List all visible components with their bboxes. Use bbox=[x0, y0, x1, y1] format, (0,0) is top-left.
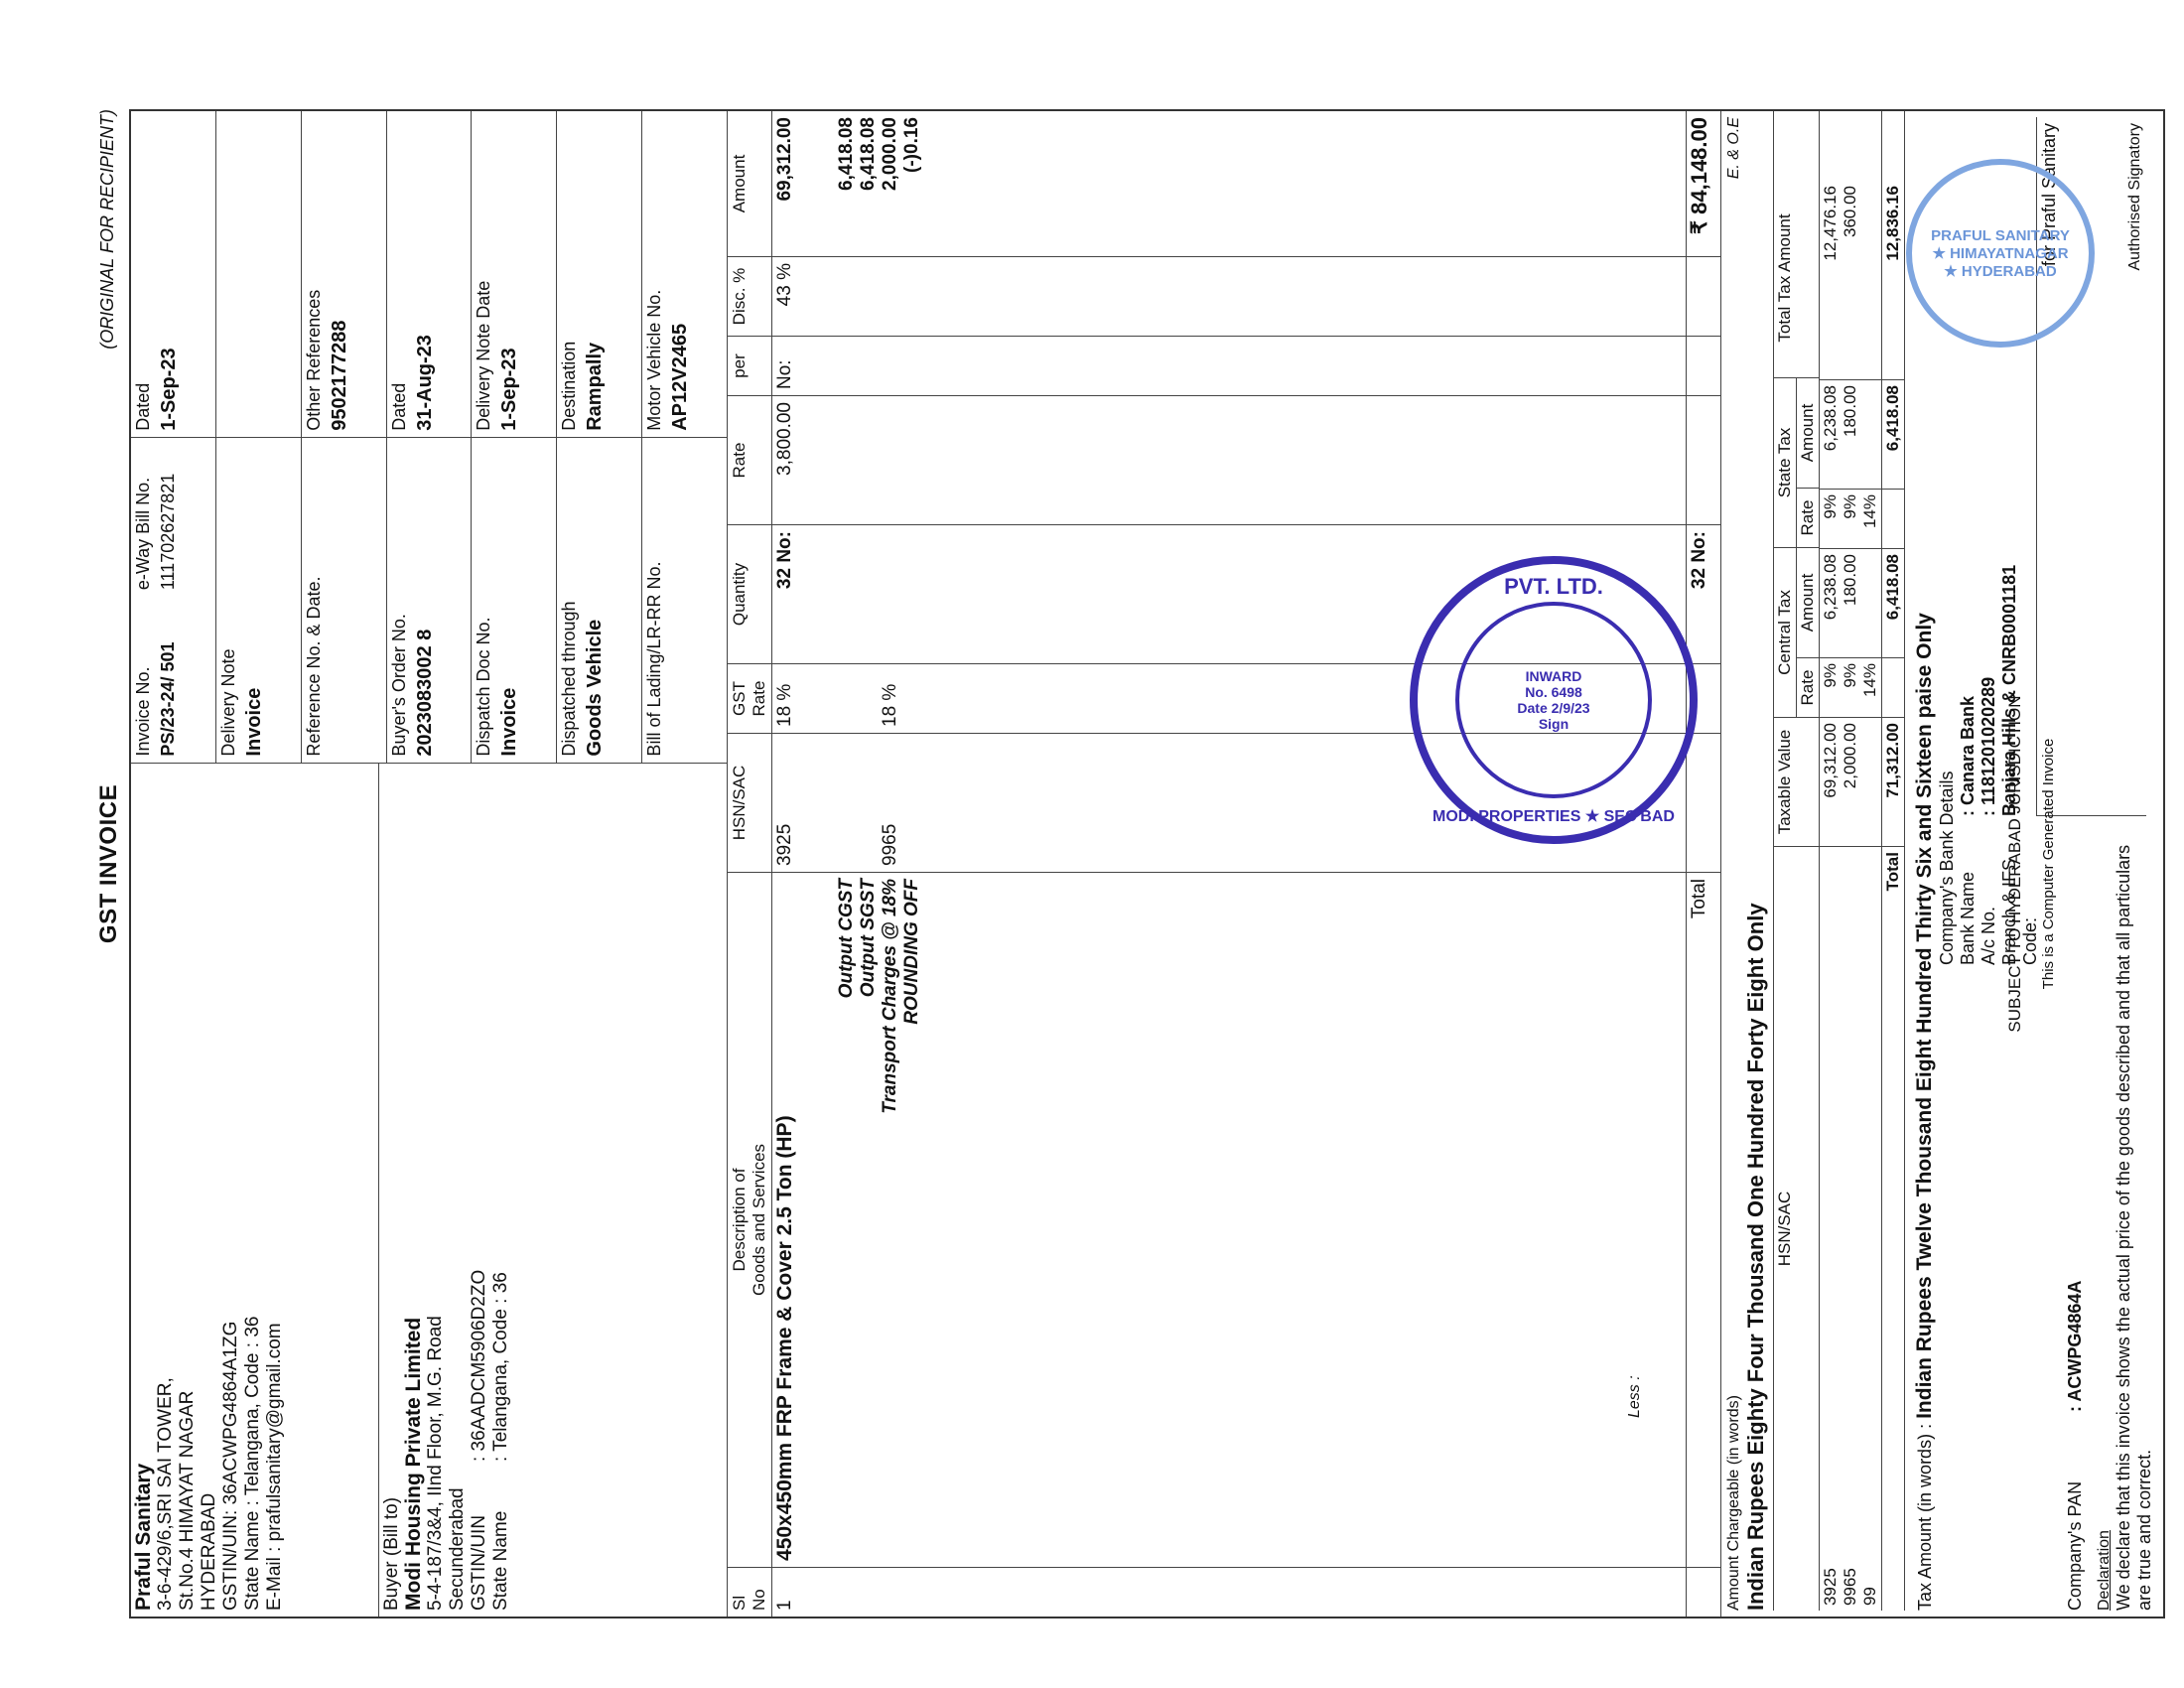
meta-label: Delivery Note Date bbox=[474, 117, 494, 431]
declaration-block: Declaration We declare that this invoice… bbox=[2096, 816, 2155, 1611]
meta-label: Dated bbox=[133, 117, 154, 431]
buyers-order-number: 2023083002 8 bbox=[414, 444, 437, 757]
seller-name: Praful Sanitary bbox=[133, 770, 155, 1611]
meta-label: Dated bbox=[389, 117, 410, 431]
seller-address-1: 3-6-429/6,SRI SAI TOWER, bbox=[155, 770, 177, 1611]
invoice-header: Praful Sanitary 3-6-429/6,SRI SAI TOWER,… bbox=[131, 111, 728, 1617]
item-per: No: bbox=[774, 343, 796, 389]
amount-words-label: Amount Chargeable (in words) bbox=[1725, 1395, 1743, 1611]
seller-gstin: GSTIN/UIN: 36ACWPG4864A1ZG bbox=[220, 770, 242, 1611]
meta-row: Dispatched throughGoods Vehicle Destinat… bbox=[557, 111, 642, 763]
seller-state: State Name : Telangana, Code : 36 bbox=[242, 770, 264, 1611]
charge-transport-hsn: 9965 bbox=[880, 740, 901, 866]
meta-row: Bill of Lading/LR-RR No. Motor Vehicle N… bbox=[642, 111, 727, 763]
buyer-gstin-label: GSTIN/UIN bbox=[469, 1462, 490, 1611]
charge-rounding: ROUNDING OFF bbox=[901, 879, 923, 1561]
buyer-state: : Telangana, Code : 36 bbox=[490, 1272, 512, 1462]
col-discount: Disc. % bbox=[728, 256, 771, 336]
buyer-label: Buyer (Bill to) bbox=[381, 770, 403, 1611]
tax-col-hsn: HSN/SAC bbox=[1774, 846, 1819, 1611]
meta-label: Other References bbox=[304, 117, 325, 431]
tax-col-central: Central Tax bbox=[1774, 548, 1797, 717]
invoice-date: 1-Sep-23 bbox=[158, 117, 181, 431]
bank-name: : Canara Bank bbox=[1958, 696, 1979, 816]
invoice-sheet: GST INVOICE (ORIGINAL FOR RECIPIENT) Pra… bbox=[89, 99, 2095, 1628]
charge-cgst: Output CGST bbox=[836, 879, 858, 1561]
delivery-note-date: 1-Sep-23 bbox=[498, 117, 521, 431]
meta-row: Reference No. & Date. Other References95… bbox=[302, 111, 387, 763]
invoice-number: PS/23-24/ 501 bbox=[158, 600, 179, 756]
meta-row: Invoice No.PS/23-24/ 501 e-Way Bill No.1… bbox=[131, 111, 216, 763]
party-block: Praful Sanitary 3-6-429/6,SRI SAI TOWER,… bbox=[131, 763, 727, 1617]
total-quantity: 32 No: bbox=[1687, 524, 1720, 663]
seller-stamp: PRAFUL SANITARY ★ HIMAYATNAGAR ★ HYDERAB… bbox=[1906, 159, 2095, 348]
meta-row: Dispatch Doc No.Invoice Delivery Note Da… bbox=[472, 111, 557, 763]
buyer-gstin: : 36AADCM5906D2ZO bbox=[469, 1270, 490, 1462]
tax-total-state: 6,418.08 bbox=[1882, 379, 1904, 489]
tax-col-total: Total Tax Amount bbox=[1774, 179, 1819, 377]
less-label: Less : bbox=[1624, 1375, 1646, 1418]
col-gst-rate: GST Rate bbox=[728, 663, 771, 733]
bank-account: : 1181201020289 bbox=[1979, 677, 1999, 816]
meta-label: Invoice No. bbox=[133, 600, 154, 756]
col-quantity: Quantity bbox=[728, 524, 771, 663]
tax-total-amount: 12,836.16 bbox=[1882, 181, 1904, 379]
buyer-block: Buyer (Bill to) Modi Housing Private Lim… bbox=[379, 764, 514, 1617]
meta-label: Delivery Note bbox=[218, 444, 239, 757]
charge-sgst-amount: 6,418.08 bbox=[858, 117, 880, 250]
receiver-stamp: PVT. LTD. INWARD No. 6498 Date 2/9/23 Si… bbox=[1410, 556, 1698, 844]
item-hsn: 3925 bbox=[774, 740, 796, 866]
meta-label: Dispatched through bbox=[559, 444, 580, 757]
meta-row: Buyer's Order No.2023083002 8 Dated31-Au… bbox=[387, 111, 473, 763]
pan-value: : ACWPG4864A bbox=[2065, 1281, 2086, 1412]
col-amount: Amount bbox=[728, 111, 771, 256]
declaration-text: We declare that this invoice shows the a… bbox=[2114, 816, 2155, 1611]
eoe-label: E. & O.E bbox=[1725, 117, 1743, 179]
items-table-header: Sl No Description ofGoods and Services H… bbox=[728, 111, 772, 1617]
tax-words-value: Indian Rupees Twelve Thousand Eight Hund… bbox=[1913, 613, 1936, 1419]
tax-row-hsn: 9965 bbox=[1841, 852, 1860, 1606]
dispatched-through: Goods Vehicle bbox=[584, 444, 607, 757]
items-total-row: Total 32 No: ₹ 84,148.00 bbox=[1687, 111, 1721, 1617]
seller-address-2: St.No.4 HIMAYAT NAGAR bbox=[177, 770, 199, 1611]
col-per: per bbox=[728, 336, 771, 395]
col-description: Description ofGoods and Services bbox=[728, 872, 771, 1567]
seller-email: E-Mail : prafulsanitary@gmail.com bbox=[264, 770, 286, 1611]
item-quantity: 32 No: bbox=[774, 531, 796, 657]
tax-summary-table: HSN/SAC Taxable Value Central Tax RateAm… bbox=[1773, 111, 1905, 1611]
invoice-meta: Invoice No.PS/23-24/ 501 e-Way Bill No.1… bbox=[131, 111, 727, 763]
col-sl: Sl No bbox=[728, 1567, 771, 1617]
delivery-note: Invoice bbox=[243, 444, 266, 757]
amount-words-value: Indian Rupees Eighty Four Thousand One H… bbox=[1743, 117, 1769, 1611]
tax-col-taxable: Taxable Value bbox=[1774, 717, 1819, 846]
order-date: 31-Aug-23 bbox=[414, 117, 437, 431]
total-label: Total bbox=[1687, 872, 1720, 1567]
tax-summary-rows: 3925996599 69,312.002,000.00 9%9%14% 6,2… bbox=[1820, 111, 1882, 1611]
charge-rounding-amount: (-)0.16 bbox=[901, 117, 923, 250]
tax-total-central: 6,418.08 bbox=[1882, 548, 1904, 657]
item-rate: 3,800.00 bbox=[774, 402, 796, 518]
item-gst-rate: 18 % bbox=[774, 670, 796, 727]
tax-col-state: State Tax bbox=[1774, 378, 1797, 547]
meta-label: Motor Vehicle No. bbox=[644, 117, 665, 431]
item-description: 450x450mm FRP Frame & Cover 2.5 Ton (HP) bbox=[774, 879, 796, 1561]
buyer-address-2: Secunderabad bbox=[447, 770, 469, 1611]
pan-label: Company's PAN bbox=[2065, 1412, 2086, 1611]
tax-words-label: Tax Amount (in words) : bbox=[1915, 1424, 1935, 1611]
tax-row-hsn: 3925 bbox=[1821, 852, 1841, 1606]
meta-label: e-Way Bill No. bbox=[133, 474, 154, 590]
buyer-state-label: State Name bbox=[490, 1462, 512, 1611]
tax-total-taxable: 71,312.00 bbox=[1882, 717, 1904, 846]
charge-transport-amount: 2,000.00 bbox=[880, 117, 901, 250]
declaration-title: Declaration bbox=[2096, 816, 2114, 1611]
motor-vehicle-number: AP12V2465 bbox=[669, 117, 692, 431]
meta-label: Reference No. & Date. bbox=[304, 444, 325, 757]
meta-label: Buyer's Order No. bbox=[389, 444, 410, 757]
buyer-address-1: 5-4-187/3&4, IInd Floor, M.G. Road bbox=[425, 770, 447, 1611]
charge-transport: Transport Charges @ 18% bbox=[880, 879, 901, 1561]
grand-total: ₹ 84,148.00 bbox=[1687, 111, 1720, 256]
charge-cgst-amount: 6,418.08 bbox=[836, 117, 858, 250]
seller-block: Praful Sanitary 3-6-429/6,SRI SAI TOWER,… bbox=[131, 764, 379, 1617]
destination: Rampally bbox=[584, 117, 607, 431]
amount-in-words: Amount Chargeable (in words) E. & O.E In… bbox=[1721, 111, 1773, 1617]
col-rate: Rate bbox=[728, 395, 771, 524]
meta-label: Bill of Lading/LR-RR No. bbox=[644, 444, 665, 757]
dispatch-doc-number: Invoice bbox=[498, 444, 521, 757]
tax-summary-total: Total 71,312.00 6,418.08 6,418.08 12,836… bbox=[1882, 111, 1905, 1611]
col-hsn: HSN/SAC bbox=[728, 733, 771, 872]
items-table-body: 1 450x450mm FRP Frame & Cover 2.5 Ton (H… bbox=[772, 111, 1687, 1617]
eway-bill-number: 111702627821 bbox=[158, 474, 179, 590]
tax-row-hsn: 99 bbox=[1860, 852, 1880, 1606]
item-amount: 69,312.00 bbox=[774, 117, 796, 250]
charge-sgst: Output SGST bbox=[858, 879, 880, 1561]
buyer-name: Modi Housing Private Limited bbox=[403, 770, 425, 1611]
signatory-label: Authorised Signatory bbox=[2126, 123, 2144, 271]
meta-row: Delivery NoteInvoice bbox=[216, 111, 302, 763]
invoice-frame: Praful Sanitary 3-6-429/6,SRI SAI TOWER,… bbox=[129, 109, 2165, 1618]
charge-transport-gst: 18 % bbox=[880, 670, 901, 727]
seller-address-3: HYDERABAD bbox=[199, 770, 220, 1611]
copy-label: (ORIGINAL FOR RECIPIENT) bbox=[97, 109, 118, 350]
meta-label: Destination bbox=[559, 117, 580, 431]
item-discount: 43 % bbox=[774, 263, 796, 330]
item-sl: 1 bbox=[774, 1574, 796, 1611]
meta-label: Dispatch Doc No. bbox=[474, 444, 494, 757]
other-references: 9502177288 bbox=[329, 117, 351, 431]
